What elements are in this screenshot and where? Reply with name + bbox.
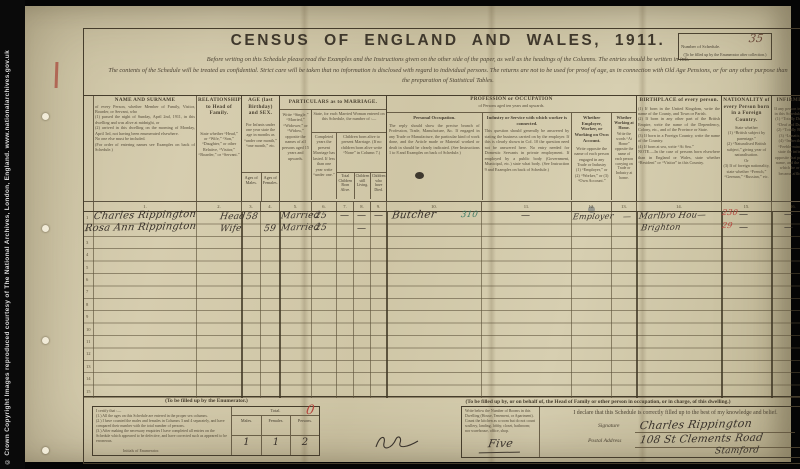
row-number: 7 bbox=[86, 289, 88, 294]
column-number-cell: 8. bbox=[353, 202, 370, 211]
punch-hole bbox=[42, 225, 49, 232]
header-years-married-note: Completed years the present Marriage has… bbox=[312, 133, 336, 199]
totals-males-value: 1 bbox=[232, 436, 261, 456]
instruction-line-1: Before writing on this Schedule please r… bbox=[104, 55, 792, 65]
entry-birthplace: Marlbro Hou— bbox=[638, 210, 707, 221]
header-marriage-single-note: Write “Single,” “Married,” “Widower,” or… bbox=[280, 110, 311, 200]
enumerator-certify-text: I certify that :— (1.) All the ages on t… bbox=[96, 409, 228, 445]
entry-infirmity: — bbox=[783, 223, 794, 233]
header-name-note: of every Person, whether Member of Famil… bbox=[95, 104, 195, 153]
header-age-note: For Infants under one year state the age… bbox=[243, 122, 278, 149]
totals-females-label: Females. bbox=[261, 416, 290, 436]
column-number-cell: 5. bbox=[279, 202, 311, 211]
table-body: 123456789101112131415 bbox=[84, 212, 800, 398]
totals-males-label: Males. bbox=[232, 416, 261, 436]
rooms-cell: Write below the Number of Rooms in this … bbox=[462, 407, 540, 457]
totals-values: 1 1 2 bbox=[232, 436, 319, 456]
entry-occupation-code: 310 bbox=[460, 210, 478, 220]
header-industry-label: Industry or Service with which worker is… bbox=[485, 115, 570, 126]
header-personal-occupation-note: The reply should show the precise branch… bbox=[389, 123, 480, 156]
column-rule bbox=[611, 212, 612, 398]
entry-years-married: 25 bbox=[314, 211, 327, 221]
totals-persons-value: 2 bbox=[290, 436, 319, 456]
row-number: 4 bbox=[86, 252, 88, 257]
entry-nationality: — bbox=[738, 210, 749, 220]
copyright-text: © Crown Copyright Images reproduced cour… bbox=[4, 50, 11, 465]
red-edge-mark bbox=[55, 62, 59, 88]
entry-birthplace-code: 230 bbox=[721, 208, 738, 217]
entry-infirmity: — bbox=[783, 210, 794, 220]
column-number-cell: 9. bbox=[370, 202, 386, 211]
column-rule bbox=[353, 212, 354, 398]
signature-label: Signature bbox=[598, 423, 620, 429]
enumerator-initials-scribble bbox=[372, 433, 422, 453]
row-number: 11 bbox=[86, 339, 90, 344]
entry-relationship: Wife bbox=[219, 224, 242, 234]
column-rule bbox=[571, 212, 572, 398]
header-nationality-title: NATIONALITY of every Person born in a Fo… bbox=[723, 97, 770, 123]
entry-children-living: — bbox=[356, 224, 367, 234]
header-children-died: Children who have Died. bbox=[370, 173, 386, 199]
census-scan: © Crown Copyright Images reproduced cour… bbox=[0, 0, 800, 469]
header-employer-status: Whether Employer, Worker, or Working on … bbox=[571, 113, 611, 200]
entry-age: 58 bbox=[245, 212, 258, 222]
entry-occupation: Butcher bbox=[391, 209, 437, 222]
entry-name: Charles Rippington bbox=[93, 209, 197, 222]
household-box: Write below the Number of Rooms in this … bbox=[461, 406, 800, 458]
entry-birthplace: Brighton bbox=[640, 223, 681, 234]
census-table: NAME AND SURNAME of every Person, whethe… bbox=[84, 95, 800, 397]
column-rule bbox=[771, 212, 773, 398]
header-birthplace-title: BIRTHPLACE of every person. bbox=[638, 97, 720, 104]
header-nationality: NATIONALITY of every Person born in a Fo… bbox=[721, 96, 771, 201]
header-infirmity: INFIRMITY. If any person included in thi… bbox=[771, 96, 800, 201]
postal-address-line2: Stamford bbox=[714, 446, 760, 457]
rooms-note: Write below the Number of Rooms in this … bbox=[465, 409, 536, 434]
header-marriage-columns: Completed years the present Marriage has… bbox=[312, 133, 386, 199]
header-birthplace-note: (1) If born in the United Kingdom, write… bbox=[638, 106, 720, 166]
entry-children-died: — bbox=[373, 211, 384, 221]
table-header: NAME AND SURNAME of every Person, whethe… bbox=[84, 96, 800, 201]
header-children-note: Children born alive to present Marriage.… bbox=[337, 133, 386, 172]
column-number-cell bbox=[84, 202, 93, 211]
column-rule bbox=[279, 212, 281, 398]
header-birthplace: BIRTHPLACE of every person. (1) If born … bbox=[636, 96, 721, 201]
column-rule bbox=[93, 212, 94, 398]
header-relationship-title: RELATIONSHIP to Head of Family. bbox=[198, 97, 240, 117]
row-number: 5 bbox=[86, 265, 88, 270]
entry-at-home: — bbox=[622, 212, 632, 221]
enumerator-section-heading: (To be filled up by the Enumerator.) bbox=[104, 398, 309, 404]
totals-females-value: 1 bbox=[261, 436, 290, 456]
column-rule bbox=[311, 212, 312, 398]
header-occupation-title-block: PROFESSION or OCCUPATION of Persons aged… bbox=[387, 96, 636, 113]
schedule-number-label: Number of Schedule. bbox=[681, 44, 720, 49]
column-rule bbox=[336, 212, 337, 398]
instructions: Before writing on this Schedule please r… bbox=[104, 55, 792, 85]
column-number-cell: 3. bbox=[241, 202, 260, 211]
column-number-cell: 6. bbox=[311, 202, 336, 211]
header-infirmity-title: INFIRMITY. bbox=[773, 97, 800, 104]
enumerator-certification: I certify that :— (1.) All the ages on t… bbox=[93, 407, 231, 455]
row-number: 12 bbox=[86, 351, 91, 356]
column-number-cell: 2. bbox=[196, 202, 241, 211]
totals-persons-label: Persons. bbox=[290, 416, 319, 436]
instruction-line-2: The contents of the Schedule will be tre… bbox=[104, 66, 792, 86]
census-paper: CENSUS OF ENGLAND AND WALES, 1911. Numbe… bbox=[25, 6, 791, 462]
header-employer-status-note: Write opposite the name of each person e… bbox=[574, 146, 609, 184]
row-number: 3 bbox=[86, 240, 88, 245]
signature-value: Charles Rippington bbox=[639, 417, 753, 432]
header-marriage: PARTICULARS as to MARRIAGE. Write “Singl… bbox=[279, 96, 386, 201]
entry-children-born: — bbox=[339, 211, 350, 221]
entry-birthplace-code: 29 bbox=[721, 221, 733, 230]
copyright-strip: © Crown Copyright Images reproduced cour… bbox=[0, 0, 25, 469]
row-number: 9 bbox=[86, 314, 88, 319]
row-number: 8 bbox=[86, 302, 88, 307]
column-rule bbox=[241, 212, 243, 398]
header-age: AGE (last Birthday) and SEX. For Infants… bbox=[241, 96, 279, 201]
header-age-subcolumns: Ages of Males. Ages of Females. bbox=[242, 172, 279, 201]
header-relationship: RELATIONSHIP to Head of Family. State wh… bbox=[196, 96, 241, 201]
header-marriage-body: Write “Single,” “Married,” “Widower,” or… bbox=[280, 110, 386, 200]
entry-years-married: 25 bbox=[314, 223, 327, 233]
header-row-number bbox=[84, 96, 93, 201]
column-rule bbox=[636, 212, 638, 398]
header-children-group: Children born alive to present Marriage.… bbox=[336, 133, 386, 199]
declaration-text: I declare that this Schedule is correctl… bbox=[546, 410, 800, 416]
header-ages-males: Ages of Males. bbox=[242, 173, 261, 201]
totals-labels: Males. Females. Persons. bbox=[232, 416, 319, 436]
header-age-title: AGE (last Birthday) and SEX. bbox=[243, 97, 278, 117]
column-number-cell: 14. bbox=[636, 202, 721, 211]
header-children-born: Total Children Born Alive. bbox=[337, 173, 354, 199]
column-rule bbox=[481, 212, 482, 398]
header-working-at-home-label: Whether Working at Home. bbox=[614, 115, 634, 130]
postal-address-value: 108 St Clements Road bbox=[639, 432, 764, 447]
entry-industry: — bbox=[520, 211, 531, 221]
row-number: 10 bbox=[86, 327, 91, 332]
header-marriage-right: State, for each Married Woman entered on… bbox=[311, 110, 386, 200]
punch-hole bbox=[42, 113, 49, 120]
row-number: 1 bbox=[86, 215, 88, 220]
header-relationship-note: State whether “Head,” or “Wife,” “Son,” … bbox=[198, 131, 240, 158]
header-nationality-note: State whether (1) “British subject by pa… bbox=[723, 125, 770, 180]
header-occupation: PROFESSION or OCCUPATION of Persons aged… bbox=[386, 96, 636, 201]
header-working-at-home-note: Write the words “At Home” opposite the n… bbox=[614, 132, 634, 181]
entry-age: 59 bbox=[263, 224, 276, 234]
household-section-heading: (To be filled up by, or on behalf of, th… bbox=[384, 399, 800, 405]
header-occupation-columns: Personal Occupation. The reply should sh… bbox=[387, 113, 636, 200]
column-number-cell: 12. bbox=[571, 202, 611, 211]
punch-hole bbox=[42, 337, 49, 344]
header-industry-note: This question should generally be answer… bbox=[485, 128, 570, 172]
row-number: 6 bbox=[86, 277, 88, 282]
column-number-cell: 4. bbox=[260, 202, 279, 211]
header-ages-females: Ages of Females. bbox=[261, 173, 280, 201]
row-number: 13 bbox=[86, 364, 91, 369]
header-married-women-note: State, for each Married Woman entered on… bbox=[312, 110, 386, 133]
header-name: NAME AND SURNAME of every Person, whethe… bbox=[93, 96, 196, 201]
entry-nationality: — bbox=[738, 223, 749, 233]
column-rule bbox=[370, 212, 371, 398]
column-rule bbox=[260, 212, 261, 398]
header-working-at-home: Whether Working at Home. Write the words… bbox=[611, 113, 636, 200]
header-industry: Industry or Service with which worker is… bbox=[482, 113, 572, 200]
header-marriage-title: PARTICULARS as to MARRIAGE. bbox=[280, 96, 386, 110]
header-children-living: Children still Living. bbox=[354, 173, 371, 199]
header-infirmity-note: If any person included in this Schedule … bbox=[773, 106, 800, 177]
column-number-cell: 13. bbox=[611, 202, 636, 211]
column-rule bbox=[196, 212, 197, 398]
declaration-cell: I declare that this Schedule is correctl… bbox=[540, 407, 800, 457]
rooms-value: Five bbox=[479, 437, 522, 454]
entry-children-living: — bbox=[356, 211, 367, 221]
row-number: 14 bbox=[86, 376, 91, 381]
header-personal-occupation: Personal Occupation. The reply should sh… bbox=[387, 113, 482, 200]
column-number-cell: 11. bbox=[481, 202, 571, 211]
schedule-number-value: 35 bbox=[748, 32, 764, 45]
entry-relationship: Head bbox=[219, 212, 246, 223]
row-number: 15 bbox=[86, 389, 91, 394]
header-occupation-subtitle: of Persons aged ten years and upwards. bbox=[387, 103, 636, 108]
column-rule bbox=[721, 212, 723, 398]
enumerator-box: I certify that :— (1.) All the ages on t… bbox=[92, 406, 320, 456]
header-employer-status-label: Whether Employer, Worker, or Working on … bbox=[574, 115, 609, 144]
punch-hole bbox=[42, 447, 49, 454]
form-frame: CENSUS OF ENGLAND AND WALES, 1911. Numbe… bbox=[83, 28, 800, 464]
header-children-columns: Total Children Born Alive. Children stil… bbox=[337, 172, 386, 199]
entry-employer-status: Employer bbox=[572, 212, 614, 222]
column-number-cell: 7. bbox=[336, 202, 353, 211]
postal-address-label: Postal Address bbox=[588, 438, 621, 444]
header-personal-occupation-label: Personal Occupation. bbox=[389, 115, 480, 121]
enumerator-initials-label: Initials of Enumerator. bbox=[123, 448, 159, 453]
column-rule bbox=[386, 212, 388, 398]
